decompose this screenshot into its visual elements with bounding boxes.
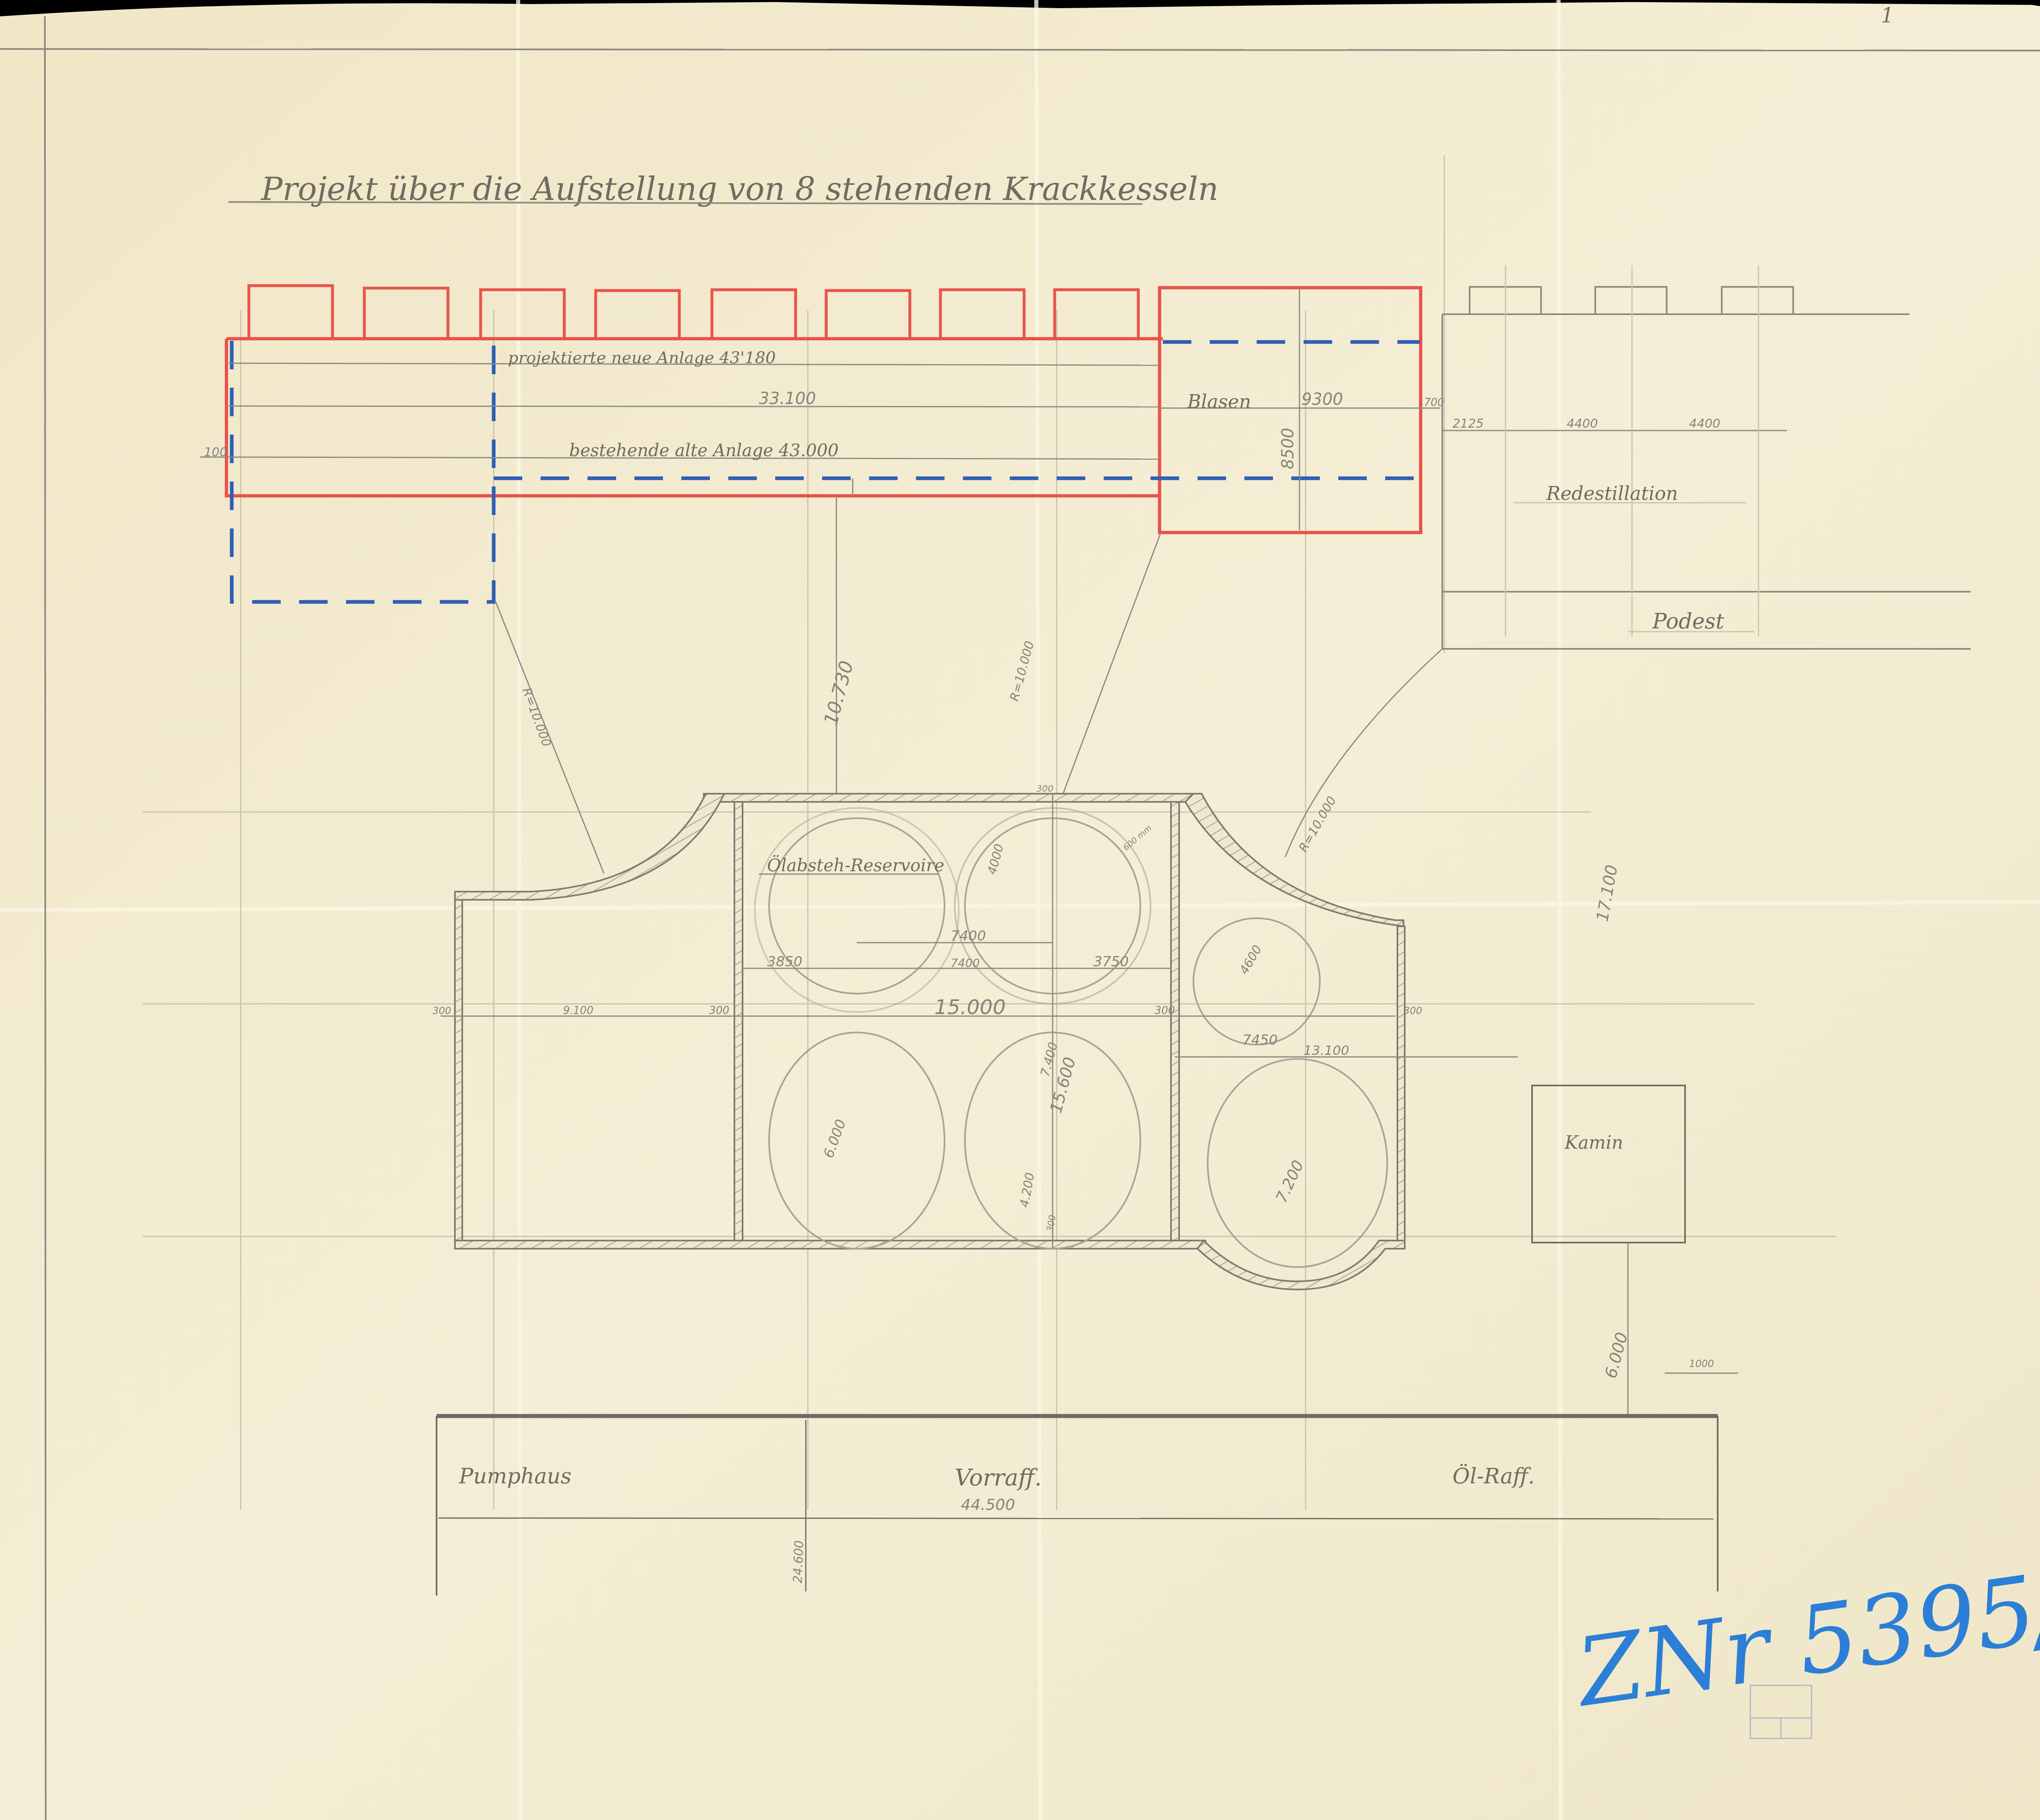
existing-plant-label: bestehende alte Anlage 43.000 bbox=[569, 440, 839, 460]
tank-spacing-dim: 7400 bbox=[951, 928, 986, 944]
reservoir-wall-bottom bbox=[455, 1241, 1206, 1249]
right-span-dim: 13.100 bbox=[1304, 1043, 1349, 1058]
reservoir-label: Ölabsteh-Reservoire bbox=[767, 855, 945, 875]
left-offset-dim: 100 bbox=[204, 445, 227, 459]
wall-mid-dim: 300 bbox=[709, 1005, 730, 1017]
technical-drawing-sheet: 1 Projekt über die Aufstellung von 8 ste… bbox=[0, 0, 2040, 1820]
podest-label: Podest bbox=[1652, 609, 1724, 634]
oelraff-label: Öl-Raff. bbox=[1452, 1464, 1535, 1489]
reservoir-wall-top bbox=[704, 794, 1193, 802]
right-wall-2-dim: 300 bbox=[1404, 1005, 1422, 1017]
top-wall-dim: 300 bbox=[1036, 784, 1053, 794]
redestillation-label: Redestillation bbox=[1546, 482, 1678, 504]
lower-distance-dim: 24.600 bbox=[791, 1540, 807, 1583]
blasen-label: Blasen bbox=[1187, 391, 1251, 413]
paper-sheet bbox=[0, 2, 2040, 1820]
reservoir-wall-mid-right bbox=[1171, 802, 1179, 1247]
left-bay-dim: 9.100 bbox=[563, 1005, 593, 1017]
redest-dim-1: 2125 bbox=[1452, 417, 1483, 431]
gap-dim: 700 bbox=[1424, 397, 1444, 409]
new-plant-label: projektierte neue Anlage 43'180 bbox=[508, 348, 776, 367]
inner-length-dim: 33.100 bbox=[759, 389, 816, 408]
side-tank-offset-dim: 7450 bbox=[1242, 1032, 1278, 1048]
blasen-width-dim: 9300 bbox=[1302, 390, 1343, 409]
redest-dim-3: 4400 bbox=[1689, 417, 1720, 431]
right-margin-dim: 3750 bbox=[1093, 954, 1129, 970]
kamin-label: Kamin bbox=[1564, 1132, 1623, 1153]
reservoir-wall-left bbox=[455, 900, 462, 1247]
total-length-dim: 44.500 bbox=[961, 1496, 1015, 1514]
pumphaus-label: Pumphaus bbox=[459, 1464, 572, 1489]
blasen-depth-dim: 8500 bbox=[1279, 428, 1297, 469]
vorraff-label: Vorraff. bbox=[955, 1465, 1042, 1491]
main-width-dim: 15.000 bbox=[934, 995, 1006, 1019]
tank-spacing-2-dim: 7400 bbox=[951, 957, 980, 970]
redest-dim-2: 4400 bbox=[1567, 417, 1598, 431]
reservoir-wall-mid-left bbox=[734, 802, 743, 1247]
wall-left-dim: 300 bbox=[432, 1005, 451, 1017]
left-margin-dim: 3850 bbox=[767, 954, 803, 970]
reservoir-wall-right bbox=[1397, 926, 1405, 1247]
wall-right-dim: 300 bbox=[1155, 1005, 1175, 1017]
kamin-offset-dim: 1000 bbox=[1689, 1358, 1714, 1369]
corner-mark: 1 bbox=[1881, 4, 1894, 27]
